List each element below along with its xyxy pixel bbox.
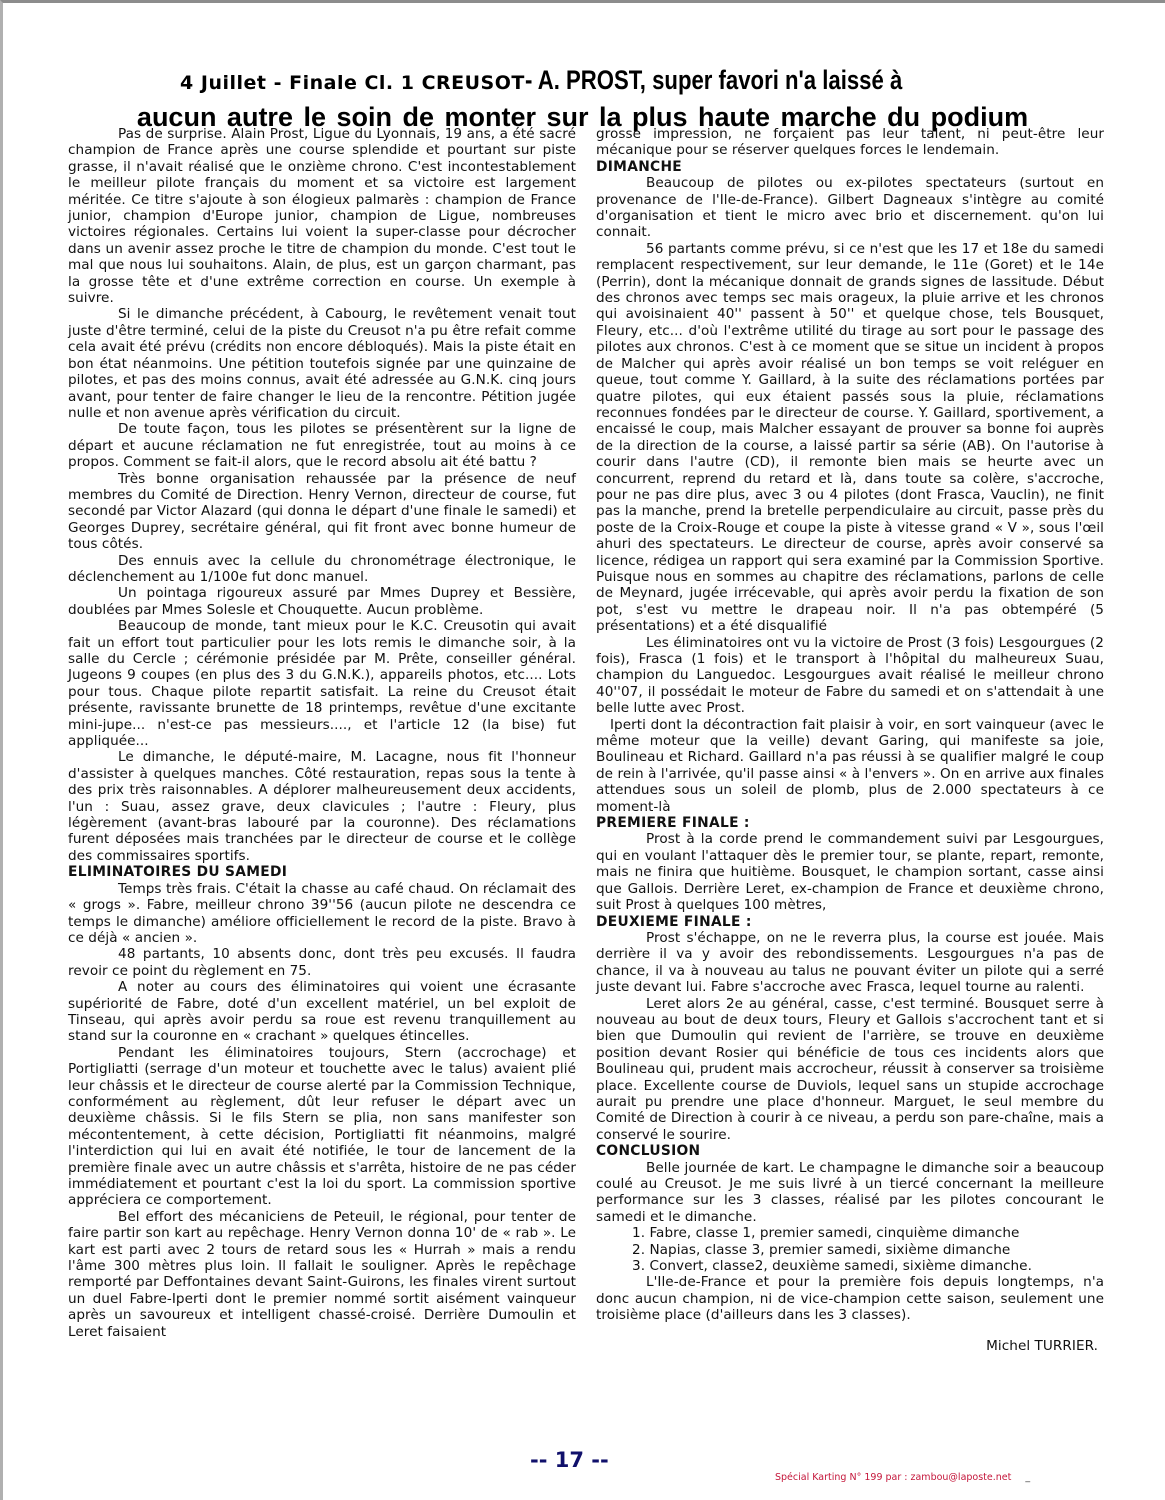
paragraph-continuation: grosse impression, ne forçaient pas leur… — [596, 126, 1104, 159]
title-prefix: 4 Juillet - Finale Cl. 1 CREUSOT — [180, 72, 525, 94]
paragraph: Pas de surprise. Alain Prost, Ligue du L… — [68, 126, 576, 306]
section-heading-dimanche: DIMANCHE — [596, 159, 1104, 175]
paragraph: Leret alors 2e au général, casse, c'est … — [596, 996, 1104, 1144]
paragraph: Le dimanche, le député-maire, M. Lacagne… — [68, 749, 576, 864]
paragraph: Très bonne organisation rehaussée par la… — [68, 471, 576, 553]
section-heading-eliminatoires: ELIMINATOIRES DU SAMEDI — [68, 864, 576, 880]
footer-credit: Spécial Karting N° 199 par : zambou@lapo… — [775, 1472, 1030, 1483]
paragraph: Bel effort des mécaniciens de Peteuil, l… — [68, 1209, 576, 1340]
section-heading-deuxieme-finale: DEUXIEME FINALE : — [596, 914, 1104, 930]
ranking-item: 1. Fabre, classe 1, premier samedi, cinq… — [596, 1225, 1104, 1241]
ranking-item: 3. Convert, classe2, deuxième samedi, si… — [596, 1258, 1104, 1274]
ranking-item: 2. Napias, classe 3, premier samedi, six… — [596, 1242, 1104, 1258]
title-main: - A. PROST, super favori n'a laissé à — [525, 64, 902, 97]
paragraph: De toute façon, tous les pilotes se prés… — [68, 421, 576, 470]
section-heading-premiere-finale: PREMIERE FINALE : — [596, 815, 1104, 831]
paragraph: Si le dimanche précédent, à Cabourg, le … — [68, 306, 576, 421]
right-column: grosse impression, ne forçaient pas leur… — [596, 126, 1104, 1354]
paragraph: 56 partants comme prévu, si ce n'est que… — [596, 241, 1104, 635]
author-signature: Michel TURRIER. — [596, 1338, 1104, 1354]
paragraph: Belle journée de kart. Le champagne le d… — [596, 1160, 1104, 1226]
footer-credit-text: Spécial Karting N° 199 par : zambou@lapo… — [775, 1472, 1011, 1483]
cursor-mark: _ — [1025, 1472, 1030, 1483]
paragraph: Iperti dont la décontraction fait plaisi… — [596, 717, 1104, 815]
paragraph: A noter au cours des éliminatoires qui v… — [68, 979, 576, 1045]
paragraph: Temps très frais. C'était la chasse au c… — [68, 881, 576, 947]
paragraph: 48 partants, 10 absents donc, dont très … — [68, 946, 576, 979]
paragraph: L'Ile-de-France et pour la première fois… — [596, 1274, 1104, 1323]
paragraph: Beaucoup de monde, tant mieux pour le K.… — [68, 618, 576, 749]
paragraph: Beaucoup de pilotes ou ex-pilotes specta… — [596, 175, 1104, 241]
paragraph: Un pointaga rigoureux assuré par Mmes Du… — [68, 585, 576, 618]
paragraph: Des ennuis avec la cellule du chronométr… — [68, 553, 576, 586]
title-line-1: 4 Juillet - Finale Cl. 1 CREUSOT - A. PR… — [0, 64, 1165, 101]
left-column: Pas de surprise. Alain Prost, Ligue du L… — [68, 126, 576, 1340]
article-title: 4 Juillet - Finale Cl. 1 CREUSOT - A. PR… — [0, 64, 1165, 134]
paragraph: Pendant les éliminatoires toujours, Ster… — [68, 1045, 576, 1209]
paragraph: Prost à la corde prend le commandement s… — [596, 831, 1104, 913]
paragraph: Les éliminatoires ont vu la victoire de … — [596, 635, 1104, 717]
page-number: -- 17 -- — [530, 1448, 609, 1472]
paragraph: Prost s'échappe, on ne le reverra plus, … — [596, 930, 1104, 996]
ranking-list: 1. Fabre, classe 1, premier samedi, cinq… — [596, 1225, 1104, 1274]
section-heading-conclusion: CONCLUSION — [596, 1143, 1104, 1159]
